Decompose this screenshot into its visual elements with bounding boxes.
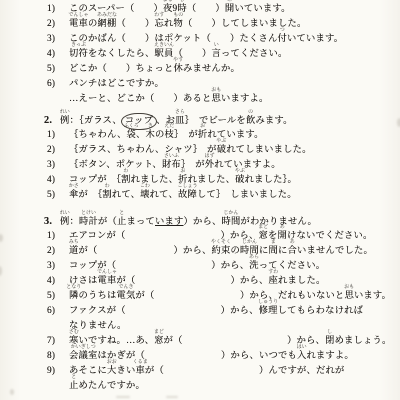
exercise-item-line: 4)きっぷ切符をなくしたら、えきいん駅員（ ）い言ってください。 — [47, 47, 400, 62]
furigana-label: おも — [344, 285, 354, 290]
ruby-word: くるま車 — [136, 364, 146, 379]
furigana-label: き — [148, 124, 153, 129]
exercise-item-line: 3)このかばん（ ）はポケット（ ）たくさんつ付いています。 — [47, 32, 400, 47]
furigana-label: と — [71, 375, 76, 380]
ruby-word: あ開 — [277, 229, 287, 244]
ruby-word: やぶ破 — [217, 143, 227, 158]
item-number: 2) — [47, 17, 69, 32]
furigana-label: さら — [175, 110, 185, 115]
item-text: パンチはどこですか。 — [69, 79, 164, 89]
furigana-label: でんしゃ — [97, 270, 117, 275]
exercise-item-line: 2)でんしゃ電車のあみだな網棚（ ）わす忘れもの物（ ）してしまいました。 — [47, 17, 400, 32]
furigana-label: れい — [60, 110, 70, 115]
item-number: 5) — [47, 188, 69, 203]
furigana-label: こわ — [140, 184, 150, 189]
furigana-label: まど — [154, 330, 164, 335]
ruby-word: さいふ財布 — [162, 158, 181, 173]
ruby-word: すわ座 — [268, 274, 278, 289]
furigana-label: い — [214, 43, 219, 48]
ruby-word: かいぎしつ会議室 — [69, 349, 98, 364]
ruby-word: やくそく約束 — [211, 244, 230, 259]
ruby-word: の飲 — [246, 114, 256, 129]
item-number: 1) — [47, 229, 69, 244]
exercise-item-line: と止めたんですか。 — [47, 379, 400, 394]
cutoff-furigana-mark — [116, 396, 130, 398]
ruby-word: し閉 — [325, 334, 335, 349]
item-number: 3) — [47, 158, 69, 173]
furigana-label: れい — [60, 211, 70, 216]
ruby-word: あら洗 — [249, 259, 259, 274]
furigana-label: じかん — [223, 211, 238, 216]
exercise-item-line: 2)｛ガラス、ちゃわん、シャツ｝ がやぶ破れてしまいました。 — [47, 143, 400, 158]
furigana-label: くるま — [133, 360, 148, 365]
item-text: どこか（ ）ちょっとやす休みませんか。 — [69, 64, 240, 74]
ruby-word: じかん時間 — [222, 215, 241, 230]
furigana-label: さいふ — [164, 154, 179, 159]
furigana-label: あみだな — [97, 13, 117, 18]
furigana-label: みち — [69, 240, 79, 245]
cutoff-furigana-mark — [166, 396, 178, 398]
furigana-label: となり — [66, 285, 81, 290]
furigana-label: やぶ — [235, 169, 245, 174]
example-line: 3.れい例：とけい時計が（と止まっています）から、じかん時間がわかりません。 — [47, 214, 400, 229]
ruby-word: しゅうり修理 — [259, 304, 278, 319]
furigana-label: の — [248, 110, 253, 115]
furigana-label: かいぎしつ — [71, 345, 96, 350]
furigana-label: おも — [211, 88, 221, 93]
ruby-word: お折 — [198, 128, 208, 143]
item-text: ｛ガラス、ちゃわん、シャツ｝ がやぶ破れてしまいました。 — [69, 145, 312, 155]
furigana-label: よる — [163, 0, 173, 3]
ruby-word: れい例 — [60, 215, 70, 230]
item-text: でんしゃ電車のあみだな網棚（ ）わす忘れもの物（ ）してしまいました。 — [69, 19, 306, 29]
ruby-word: はず外 — [205, 158, 215, 173]
scanned-workbook-page: { "page": { "paper_color": "#fbfaf5", "i… — [0, 0, 400, 400]
item-number: 7) — [47, 334, 69, 349]
ruby-word: わ割 — [102, 188, 112, 203]
furigana-label: やぶ — [216, 139, 226, 144]
ruby-word: ま間 — [268, 244, 278, 259]
exercise-item-line: 5)となり隣のうちはでんき電気が（ ）から、だれもいないとおも思います。 — [47, 289, 400, 304]
ruby-word: よる夜 — [163, 2, 173, 17]
furigana-label: あ — [290, 240, 295, 245]
exercise-content: 1)このスーパー（ ）よる夜9じ時（ ）あ開いています。2)でんしゃ電車のあみだ… — [0, 0, 400, 394]
exercise-section: 2.れい例：｛ガラス、コップ、おさら皿｝ でビールをの飲みます。1)｛ちゃわん、… — [47, 113, 400, 203]
furigana-label: でんき — [118, 285, 133, 290]
ruby-word: と止 — [117, 215, 127, 230]
furigana-label: じかん — [242, 240, 257, 245]
ruby-word: でんき電気 — [117, 289, 136, 304]
section-number: 2. — [44, 113, 60, 128]
furigana-label: わ — [123, 169, 128, 174]
furigana-label: とけい — [81, 211, 96, 216]
furigana-label: わす — [154, 13, 164, 18]
item-text: ファクスが（ ）から、しゅうり修理してもらわなければ — [69, 306, 363, 316]
item-number: 1) — [47, 128, 69, 143]
item-number: 5) — [47, 62, 69, 77]
item-text: ｛ボタン、ポケット、さいふ財布｝ がはず外れていますよ。 — [69, 160, 281, 170]
item-number: 6) — [47, 77, 69, 92]
furigana-label: ふくろ — [124, 124, 139, 129]
exercise-item-line: 2)みち道が（ ）から、やくそく約束のじかん時間にま間にあ合いませんでした。 — [47, 244, 400, 259]
furigana-label: あ — [280, 225, 285, 230]
item-number: 8) — [47, 349, 69, 364]
ruby-word: えだ枝 — [165, 128, 175, 143]
exercise-item-line: 9)あそこにおお大きいくるま車が（ ）んですが、だれが — [47, 364, 400, 379]
furigana-label: わ — [105, 184, 110, 189]
ruby-word: あ合 — [287, 244, 297, 259]
ruby-word: と止 — [69, 379, 79, 394]
exercise-item-line: 7)さむ寒いですね。…あ、まど窓が（ ）から、し閉めましょう。 — [47, 334, 400, 349]
furigana-label: さむ — [69, 330, 79, 335]
ruby-word: ふくろ袋 — [127, 128, 137, 143]
item-text: このかばん（ ）はポケット（ ）たくさんつ付いています。 — [69, 34, 343, 44]
furigana-label: お — [200, 124, 205, 129]
furigana-label: はい — [297, 345, 307, 350]
furigana-label: きっぷ — [71, 43, 86, 48]
ruby-word: れい例 — [60, 114, 70, 129]
item-number: 3) — [47, 259, 69, 274]
item-text: となり隣のうちはでんき電気が（ ）から、だれもいないとおも思います。 — [69, 291, 391, 301]
underlined-answer: います — [155, 217, 184, 227]
ruby-word: おお大 — [107, 364, 117, 379]
exercise-item-line: なりません。 — [47, 319, 400, 334]
item-text: みち道が（ ）から、やくそく約束のじかん時間にま間にあ合いませんでした。 — [69, 246, 373, 256]
ruby-word: さら皿 — [175, 114, 185, 129]
item-text: ｛ちゃわん、ふくろ袋、き木のえだ枝｝ がお折れています。 — [69, 130, 264, 140]
furigana-label: お — [180, 169, 185, 174]
item-number: 3) — [47, 32, 69, 47]
item-text: と止めたんですか。 — [69, 381, 145, 391]
item-number: 9) — [47, 364, 69, 379]
exercise-item-line: 5)かさ傘が ｛わ割れて、こわ壊れて、こしょう故障して｝ しまいました。 — [47, 188, 400, 203]
ruby-word: かさ傘 — [69, 188, 79, 203]
item-number: 2) — [47, 244, 69, 259]
ruby-word: でんしゃ電車 — [69, 17, 88, 32]
furigana-label: し — [327, 330, 332, 335]
item-number: 2) — [47, 143, 69, 158]
scan-artifact — [10, 389, 14, 395]
furigana-label: えだ — [164, 124, 174, 129]
ruby-word: やす休 — [173, 62, 183, 77]
furigana-label: すわ — [268, 270, 278, 275]
ruby-word: えきいん駅員 — [154, 47, 173, 62]
item-text: あそこにおお大きいくるま車が（ ）んですが、だれが — [69, 366, 344, 376]
example-text: れい例：とけい時計が（と止まっています）から、じかん時間がわかりません。 — [60, 217, 317, 227]
furigana-label: はず — [205, 154, 215, 159]
exercise-item-line: 3)｛ボタン、ポケット、さいふ財布｝ がはず外れていますよ。 — [47, 158, 400, 173]
furigana-label: つ — [280, 28, 285, 33]
ruby-word: まど窓 — [258, 229, 268, 244]
example-text: れい例：｛ガラス、コップ、おさら皿｝ でビールをの飲みます。 — [60, 116, 293, 126]
furigana-label: かさ — [69, 184, 79, 189]
item-text: …えーと、どこか（ ）あるとおも思いますよ。 — [69, 94, 268, 104]
furigana-label: じ — [180, 0, 185, 3]
item-number: 6) — [47, 304, 69, 319]
furigana-label: こしょう — [177, 184, 197, 189]
ruby-word: きっぷ切符 — [69, 47, 88, 62]
exercise-section: 3.れい例：とけい時計が（と止まっています）から、じかん時間がわかりません。1)… — [47, 214, 400, 394]
ruby-word: やぶ破 — [235, 173, 245, 188]
ruby-word: い言 — [211, 47, 221, 62]
section-number: 3. — [44, 214, 60, 229]
item-text: けさはでんしゃ電車が（ ）から、すわ座れました。 — [69, 276, 325, 286]
exercise-item-line: 6)パンチはどこですか。 — [47, 77, 400, 92]
furigana-label: しゅうり — [258, 300, 278, 305]
item-number: 4) — [47, 173, 69, 188]
ruby-word: わ割 — [121, 173, 131, 188]
furigana-label: でんしゃ — [68, 13, 88, 18]
ruby-word: はい入 — [297, 349, 307, 364]
ruby-word: でんしゃ電車 — [98, 274, 117, 289]
furigana-label: あら — [249, 255, 259, 260]
ruby-word: あ開 — [225, 2, 235, 17]
furigana-label: ま — [271, 240, 276, 245]
item-number: 4) — [47, 47, 69, 62]
exercise-item-line: …えーと、どこか（ ）あるとおも思いますよ。 — [47, 92, 400, 107]
exercise-item-line: 8)かいぎしつ会議室はかぎが（ ）から、いつでもはい入れますよ。 — [47, 349, 400, 364]
ruby-word: つ付 — [277, 32, 287, 47]
ruby-word: き木 — [146, 128, 156, 143]
ruby-word: こわ壊 — [140, 188, 150, 203]
furigana-label: と — [119, 211, 124, 216]
ruby-word: まど窓 — [154, 334, 164, 349]
furigana-label: まど — [258, 225, 268, 230]
ruby-word: わす忘 — [155, 17, 165, 32]
ruby-word: とけい時計 — [79, 215, 98, 230]
furigana-label: もの — [173, 13, 183, 18]
furigana-label: おお — [107, 360, 117, 365]
ruby-word: おも思 — [211, 92, 221, 107]
item-text: さむ寒いですね。…あ、まど窓が（ ）から、し閉めましょう。 — [69, 336, 392, 346]
ruby-word: こしょう故障 — [178, 188, 197, 203]
item-text: かさ傘が ｛わ割れて、こわ壊れて、こしょう故障して｝ しまいました。 — [69, 190, 297, 200]
example-line: 2.れい例：｛ガラス、コップ、おさら皿｝ でビールをの飲みます。 — [47, 113, 400, 128]
ruby-word: みち道 — [69, 244, 79, 259]
furigana-label: やす — [173, 58, 183, 63]
exercise-item-line: 6)ファクスが（ ）から、しゅうり修理してもらわなければ — [47, 304, 400, 319]
item-number: 1) — [47, 2, 69, 17]
exercise-item-line: 4)コップが ｛わ割れました、お折れました、やぶ破れました｝。 — [47, 173, 400, 188]
ruby-word: となり隣 — [69, 289, 79, 304]
item-number: 5) — [47, 289, 69, 304]
furigana-label: やくそく — [211, 240, 231, 245]
exercise-section: 1)このスーパー（ ）よる夜9じ時（ ）あ開いています。2)でんしゃ電車のあみだ… — [47, 2, 400, 107]
exercise-item-line: 5)どこか（ ）ちょっとやす休みませんか。 — [47, 62, 400, 77]
ruby-word: おも思 — [344, 289, 354, 304]
ruby-word: もの物 — [174, 17, 184, 32]
ruby-word: あみだな網棚 — [98, 17, 117, 32]
furigana-label: あ — [227, 0, 232, 3]
furigana-label: えきいん — [154, 43, 174, 48]
